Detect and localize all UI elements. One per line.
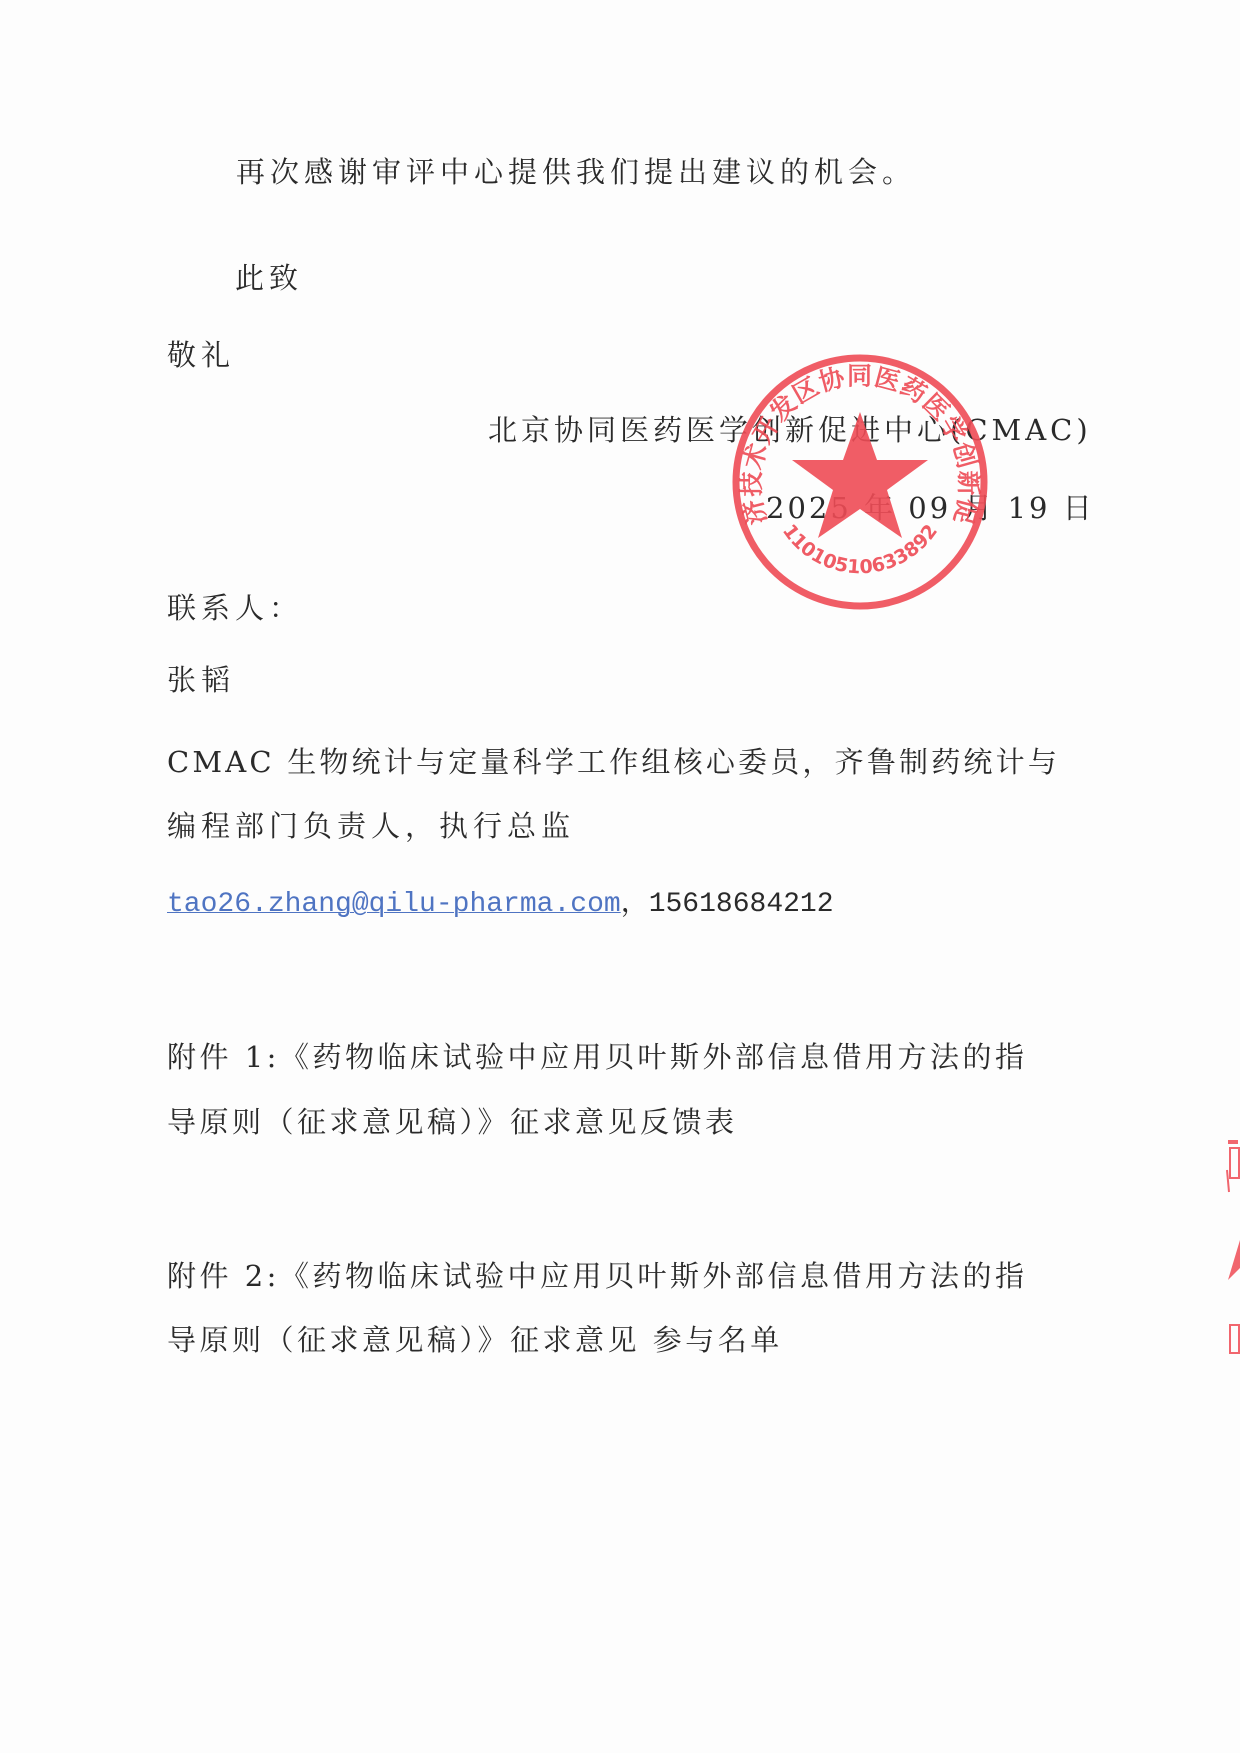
organization-signature: 北京协同医药医学创新促进中心(CMAC) bbox=[488, 412, 1092, 448]
contact-title-line-2: 编程部门负责人，执行总监 bbox=[167, 808, 575, 844]
phone-number: 15618684212 bbox=[649, 889, 834, 920]
attachment-2-line-1: 附件 2:《药物临床试验中应用贝叶斯外部信息借用方法的指 bbox=[167, 1258, 1027, 1294]
contact-label: 联系人： bbox=[167, 590, 303, 626]
contact-name: 张韬 bbox=[167, 662, 235, 698]
contact-details: tao26.zhang@qilu-pharma.com，15618684212 bbox=[167, 887, 834, 923]
attachment-2-line-2: 导原则（征求意见稿）》征求意见 参与名单 bbox=[167, 1322, 783, 1358]
official-seal-icon: 北京经济技术开发区协同医药医学创新促进中心 11010510633892 bbox=[730, 352, 990, 612]
salutation-cizhi: 此致 bbox=[235, 260, 303, 296]
signature-date: 2025 年 09 月 19 日 bbox=[766, 490, 1095, 526]
attachment-1-line-2: 导原则（征求意见稿）》征求意见反馈表 bbox=[167, 1104, 738, 1140]
salutation-jingli: 敬礼 bbox=[167, 337, 235, 373]
email-link[interactable]: tao26.zhang@qilu-pharma.com bbox=[167, 889, 621, 920]
contact-title-line-1: CMAC 生物统计与定量科学工作组核心委员，齐鲁制药统计与 bbox=[167, 744, 1060, 780]
contact-separator: ， bbox=[621, 889, 649, 920]
closing-thanks: 再次感谢审评中心提供我们提出建议的机会。 bbox=[236, 154, 916, 190]
attachment-1-line-1: 附件 1:《药物临床试验中应用贝叶斯外部信息借用方法的指 bbox=[167, 1039, 1027, 1075]
partial-seal-icon bbox=[1226, 1130, 1240, 1365]
svg-text:11010510633892: 11010510633892 bbox=[778, 520, 942, 578]
